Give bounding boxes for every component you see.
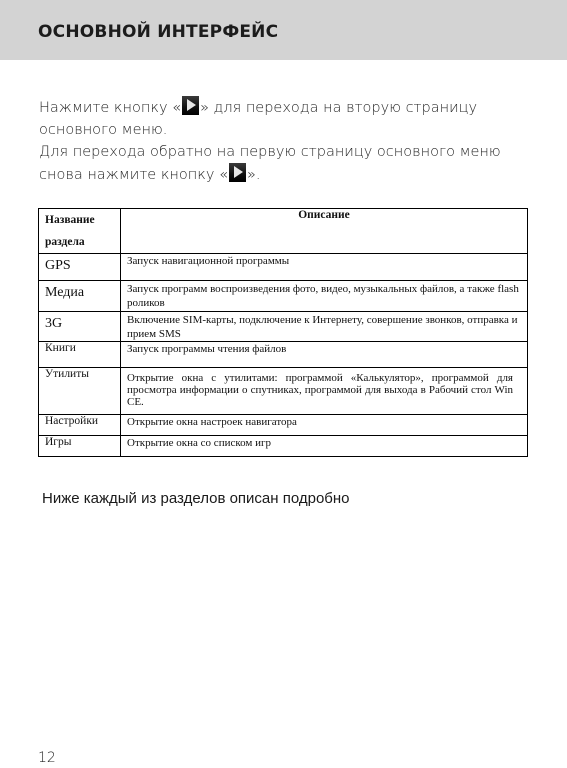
table-header-row: Название раздела Описание — [39, 209, 528, 254]
intro-paragraph-back: Для перехода обратно на первую страницу … — [39, 141, 519, 186]
summary-text: Ниже каждый из разделов описан подробно — [42, 490, 350, 507]
section-name: Книги — [39, 342, 121, 368]
section-name: Медиа — [39, 281, 121, 312]
section-description: Открытие окна с утилитами: программой «К… — [121, 368, 528, 415]
section-description: Открытие окна со списком игр — [121, 436, 528, 457]
intro-paragraph-next: Нажмите кнопку «» для перехода на вторую… — [39, 96, 519, 141]
section-description: Запуск программ воспроизведения фото, ви… — [121, 281, 528, 312]
intro-text-segment: Нажмите кнопку « — [39, 100, 181, 116]
section-name: 3G — [39, 312, 121, 342]
section-description: Открытие окна настроек навигатора — [121, 415, 528, 436]
intro-text-segment: Для перехода обратно на первую страницу … — [39, 144, 501, 183]
table-row: Утилиты Открытие окна с утилитами: прогр… — [39, 368, 528, 415]
table-row: 3G Включение SIM-карты, подключение к Ин… — [39, 312, 528, 342]
play-arrow-icon — [229, 163, 246, 182]
table-row: Настройки Открытие окна настроек навигат… — [39, 415, 528, 436]
section-name: Игры — [39, 436, 121, 457]
page-title: ОСНОВНОЙ ИНТЕРФЕЙС — [38, 22, 278, 42]
table-row: GPS Запуск навигационной программы — [39, 254, 528, 281]
section-name: Настройки — [39, 415, 121, 436]
column-header-name: Название раздела — [39, 209, 121, 254]
sections-table: Название раздела Описание GPS Запуск нав… — [38, 208, 528, 457]
column-header-description: Описание — [121, 209, 528, 254]
section-name: GPS — [39, 254, 121, 281]
intro-text-segment: ». — [247, 167, 260, 183]
table-row: Медиа Запуск программ воспроизведения фо… — [39, 281, 528, 312]
table-row: Игры Открытие окна со списком игр — [39, 436, 528, 457]
header-band: ОСНОВНОЙ ИНТЕРФЕЙС — [0, 0, 567, 60]
section-description: Запуск навигационной программы — [121, 254, 528, 281]
table-row: Книги Запуск программы чтения файлов — [39, 342, 528, 368]
intro-text: Нажмите кнопку «» для перехода на вторую… — [39, 96, 519, 186]
section-name: Утилиты — [39, 368, 121, 415]
play-arrow-icon — [182, 96, 199, 115]
section-description: Запуск программы чтения файлов — [121, 342, 528, 368]
section-description: Включение SIM-карты, подключение к Интер… — [121, 312, 528, 342]
page-number: 12 — [38, 750, 56, 766]
